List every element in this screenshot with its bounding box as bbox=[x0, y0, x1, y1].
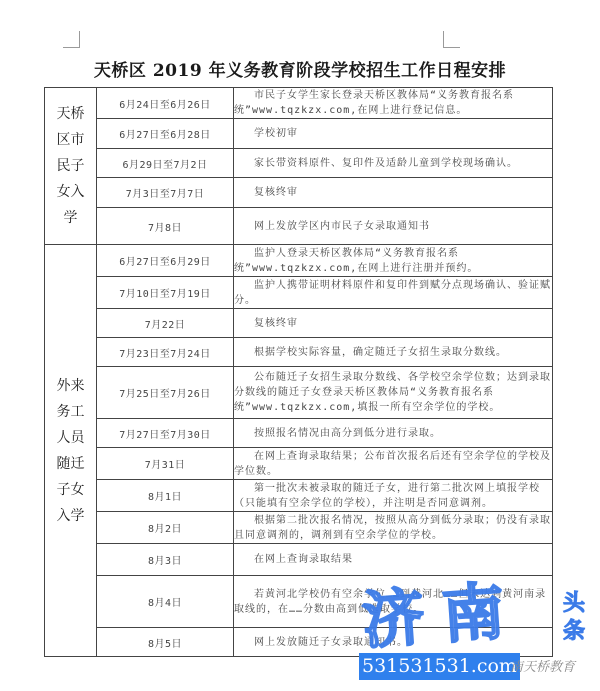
table-row: 天桥 区市 民子 女入 学 6月24日至6月26日 市民子女学生家长登录天桥区教… bbox=[45, 88, 553, 119]
description-cell: 公布随迁子女招生录取分数线、各学校空余学位数；达到录取分数线的随迁子女登录天桥区… bbox=[234, 367, 553, 419]
date-cell: 7月3日至7月7日 bbox=[97, 178, 234, 208]
table-row: 8月1日 第一批次未被录取的随迁子女，进行第二批次网上填报学校（只能填有空余学位… bbox=[45, 480, 553, 512]
watermark-site-url: 531531531.com bbox=[359, 653, 520, 680]
date-cell: 7月22日 bbox=[97, 309, 234, 338]
date-cell: 6月27日至6月28日 bbox=[97, 119, 234, 149]
date-cell: 7月27日至7月30日 bbox=[97, 419, 234, 448]
description-cell: 学校初审 bbox=[234, 119, 553, 149]
watermark-source-credit: 南天桥教育 bbox=[510, 656, 575, 675]
table-row: 8月2日 根据第二批次报名情况，按照从高分到低分录取；仍没有录取且同意调剂的，调… bbox=[45, 512, 553, 544]
description-cell: 监护人登录天桥区教体局“义务教育报名系统”www.tqzkzx.com,在网上进… bbox=[234, 245, 553, 277]
table-row: 6月27日至6月28日 学校初审 bbox=[45, 119, 553, 149]
table-row: 6月29日至7月2日 家长带资料原件、复印件及适龄儿童到学校现场确认。 bbox=[45, 149, 553, 178]
date-cell: 6月29日至7月2日 bbox=[97, 149, 234, 178]
date-cell: 7月8日 bbox=[97, 208, 234, 245]
date-cell: 8月2日 bbox=[97, 512, 234, 544]
date-cell: 7月31日 bbox=[97, 448, 234, 480]
group-label-migrant-children: 外来 务工 人员 随迁 子女 入学 bbox=[45, 245, 97, 657]
date-cell: 6月24日至6月26日 bbox=[97, 88, 234, 119]
description-cell: 复核终审 bbox=[234, 309, 553, 338]
table-row: 外来 务工 人员 随迁 子女 入学 6月27日至6月29日 监护人登录天桥区教体… bbox=[45, 245, 553, 277]
document-title: 天桥区 2019 年义务教育阶段学校招生工作日程安排 bbox=[0, 56, 600, 81]
table-row: 7月27日至7月30日 按照报名情况由高分到低分进行录取。 bbox=[45, 419, 553, 448]
description-cell: 网上发放学区内市民子女录取通知书 bbox=[234, 208, 553, 245]
description-cell: 第一批次未被录取的随迁子女，进行第二批次网上填报学校（只能填有空余学位的学校），… bbox=[234, 480, 553, 512]
date-cell: 7月25日至7月26日 bbox=[97, 367, 234, 419]
description-cell: 家长带资料原件、复印件及适龄儿童到学校现场确认。 bbox=[234, 149, 553, 178]
table-row: 7月8日 网上发放学区内市民子女录取通知书 bbox=[45, 208, 553, 245]
description-cell: 监护人携带证明材料原件和复印件到赋分点现场确认、验证赋分。 bbox=[234, 277, 553, 309]
description-cell: 市民子女学生家长登录天桥区教体局“义务教育报名系统”www.tqzkzx.com… bbox=[234, 88, 553, 119]
date-cell: 7月23日至7月24日 bbox=[97, 338, 234, 367]
table-row: 7月23日至7月24日 根据学校实际容量，确定随迁子女招生录取分数线。 bbox=[45, 338, 553, 367]
description-cell: 根据学校实际容量，确定随迁子女招生录取分数线。 bbox=[234, 338, 553, 367]
watermark-brand-logo: 济南 bbox=[359, 561, 525, 661]
date-cell: 8月4日 bbox=[97, 576, 234, 628]
description-cell: 在网上查询录取结果；公布首次报名后还有空余学位的学校及学位数。 bbox=[234, 448, 553, 480]
table-row: 7月10日至7月19日 监护人携带证明材料原件和复印件到赋分点现场确认、验证赋分… bbox=[45, 277, 553, 309]
date-cell: 6月27日至6月29日 bbox=[97, 245, 234, 277]
table-row: 7月31日 在网上查询录取结果；公布首次报名后还有空余学位的学校及学位数。 bbox=[45, 448, 553, 480]
group-label-local-residents: 天桥 区市 民子 女入 学 bbox=[45, 88, 97, 245]
page-corner-mark-right bbox=[443, 31, 460, 48]
table-row: 7月22日 复核终审 bbox=[45, 309, 553, 338]
description-cell: 根据第二批次报名情况，按照从高分到低分录取；仍没有录取且同意调剂的，调剂到有空余… bbox=[234, 512, 553, 544]
watermark-toutiao-badge: 头条 bbox=[563, 590, 587, 646]
date-cell: 8月1日 bbox=[97, 480, 234, 512]
page-corner-mark-left bbox=[63, 31, 80, 48]
table-row: 7月3日至7月7日 复核终审 bbox=[45, 178, 553, 208]
table-row: 7月25日至7月26日 公布随迁子女招生录取分数线、各学校空余学位数；达到录取分… bbox=[45, 367, 553, 419]
date-cell: 8月5日 bbox=[97, 628, 234, 657]
date-cell: 7月10日至7月19日 bbox=[97, 277, 234, 309]
description-cell: 复核终审 bbox=[234, 178, 553, 208]
description-cell: 按照报名情况由高分到低分进行录取。 bbox=[234, 419, 553, 448]
date-cell: 8月3日 bbox=[97, 544, 234, 576]
